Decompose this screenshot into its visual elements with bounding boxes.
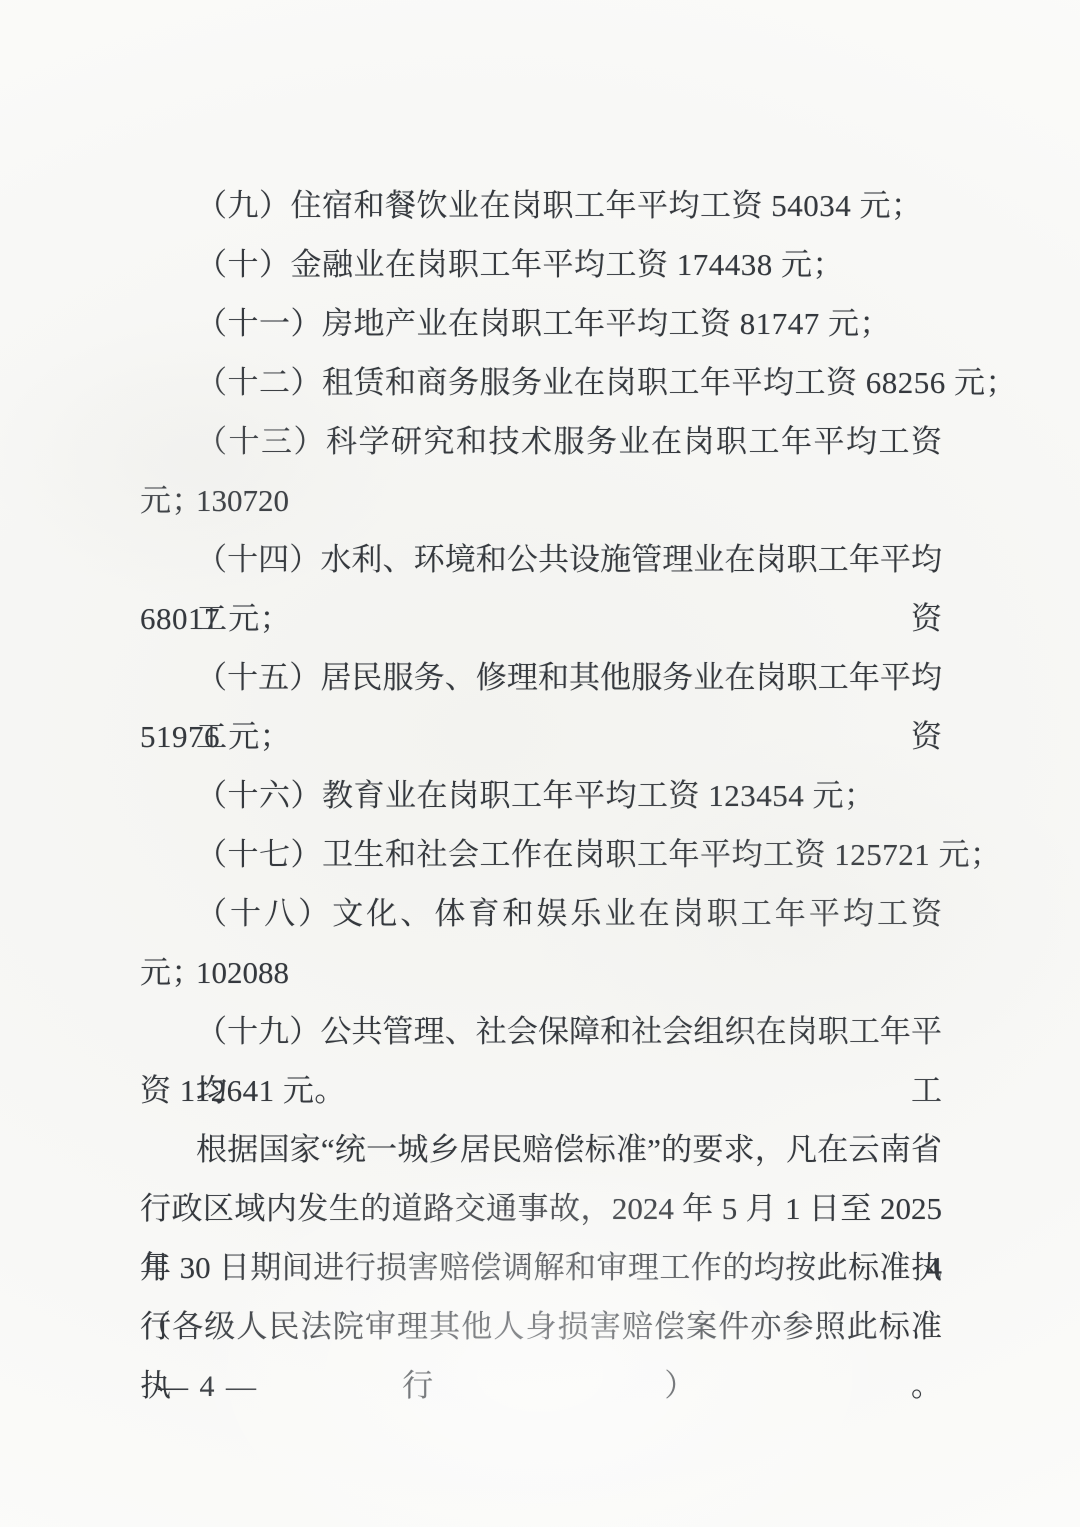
document-line: （十三）科学研究和技术服务业在岗职工年平均工资 130720	[140, 412, 942, 471]
document-line: （各级人民法院审理其他人身损害赔偿案件亦参照此标准执行）。	[140, 1297, 942, 1356]
document-line: （十五）居民服务、修理和其他服务业在岗职工年平均工资	[140, 648, 942, 707]
document-page: （九）住宿和餐饮业在岗职工年平均工资 54034 元； （十）金融业在岗职工年平…	[0, 0, 1080, 1527]
document-line: （十八）文化、体育和娱乐业在岗职工年平均工资 102088	[140, 884, 942, 943]
document-line: （十四）水利、环境和公共设施管理业在岗职工年平均工资	[140, 530, 942, 589]
document-line: 行政区域内发生的道路交通事故，2024 年 5 月 1 日至 2025 年 4	[140, 1179, 942, 1238]
document-body: （九）住宿和餐饮业在岗职工年平均工资 54034 元； （十）金融业在岗职工年平…	[140, 176, 942, 1356]
document-line: 根据国家“统一城乡居民赔偿标准”的要求，凡在云南省	[140, 1120, 942, 1179]
document-line: （十）金融业在岗职工年平均工资 174438 元；	[140, 235, 942, 294]
document-line: （九）住宿和餐饮业在岗职工年平均工资 54034 元；	[140, 176, 942, 235]
document-line: （十二）租赁和商务服务业在岗职工年平均工资 68256 元；	[140, 353, 942, 412]
page-number: — 4 —	[158, 1366, 258, 1408]
document-line: 月 30 日期间进行损害赔偿调解和审理工作的均按此标准执行	[140, 1238, 942, 1297]
document-line: （十九）公共管理、社会保障和社会组织在岗职工年平均工	[140, 1002, 942, 1061]
document-line: （十六）教育业在岗职工年平均工资 123454 元；	[140, 766, 942, 825]
document-line: （十七）卫生和社会工作在岗职工年平均工资 125721 元；	[140, 825, 942, 884]
document-line: （十一）房地产业在岗职工年平均工资 81747 元；	[140, 294, 942, 353]
